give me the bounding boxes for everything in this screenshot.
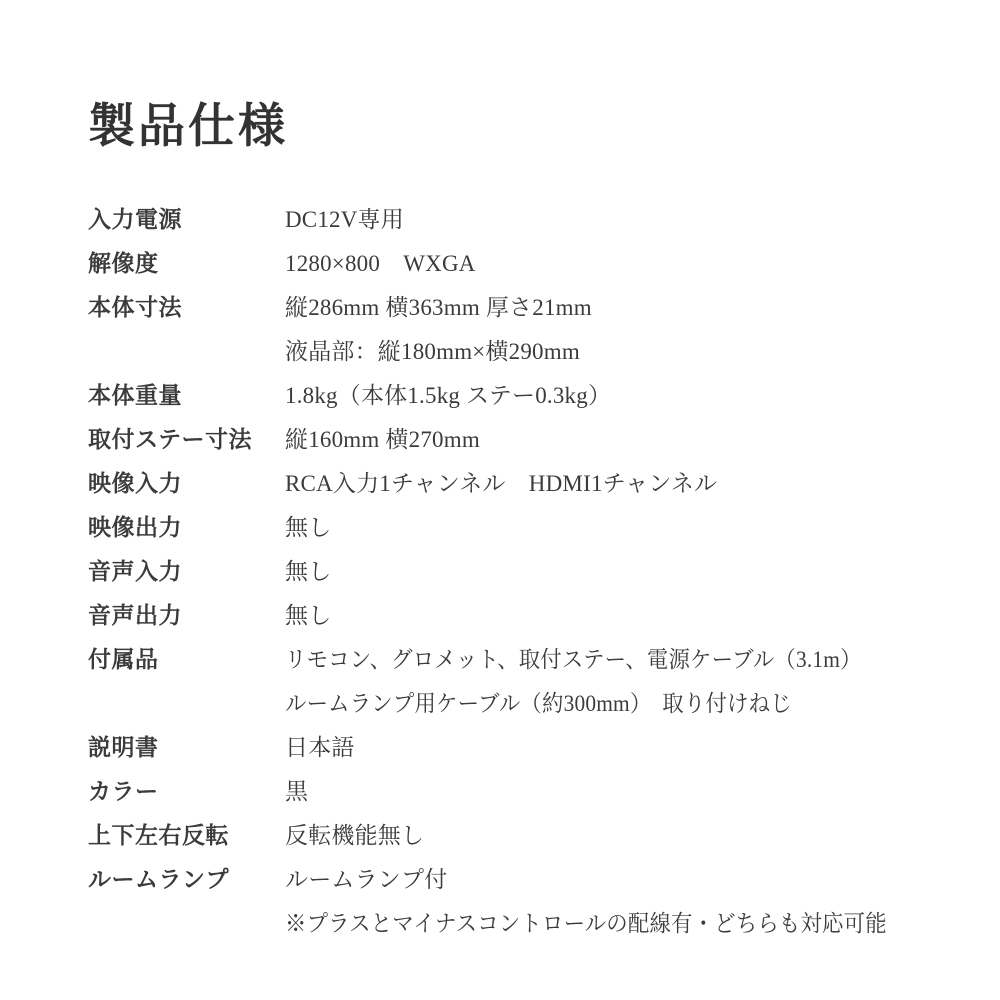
spec-label: 本体重量 [88,374,285,418]
spec-label: 上下左右反転 [88,814,285,858]
page-title: 製品仕様 [88,99,940,155]
spec-label: 解像度 [88,242,285,286]
spec-value: リモコン、グロメット、取付ステー、電源ケーブル（3.1m） [285,638,894,682]
spec-value: 無し [285,594,940,638]
spec-value: 1280×800 WXGA [285,242,940,286]
spec-row-input-power: 入力電源 DC12V専用 [88,198,940,242]
spec-value: 黒 [285,770,940,814]
spec-row-audio-input: 音声入力 無し [88,550,940,594]
spec-label: 本体寸法 [88,286,285,330]
spec-label: 入力電源 [88,198,285,242]
spec-row-body-weight: 本体重量 1.8kg（本体1.5kg ステー0.3kg） [88,374,940,418]
spec-value: ルームランプ用ケーブル（約300mm） 取り付けねじ [285,682,894,726]
spec-label: 音声入力 [88,550,285,594]
spec-value: 無し [285,506,940,550]
spec-value: 液晶部：縦180mm×横290mm [285,330,940,374]
spec-row-manual: 説明書 日本語 [88,726,940,770]
spec-table: 入力電源 DC12V専用 解像度 1280×800 WXGA 本体寸法 縦286… [88,198,940,946]
spec-value: ルームランプ付 [285,858,940,902]
spec-value: 日本語 [285,726,940,770]
spec-label: 取付ステー寸法 [88,418,285,462]
spec-value: 反転機能無し [285,814,940,858]
spec-value-note: ※プラスとマイナスコントロールの配線有・どちらも対応可能 [285,902,894,946]
spec-row-video-input: 映像入力 RCA入力1チャンネル HDMI1チャンネル [88,462,940,506]
spec-label: 付属品 [88,638,285,682]
spec-row-stay-dimensions: 取付ステー寸法 縦160mm 横270mm [88,418,940,462]
spec-row-room-lamp: ルームランプ ルームランプ付 ※プラスとマイナスコントロールの配線有・どちらも対… [88,858,940,946]
spec-label: カラー [88,770,285,814]
spec-value: 無し [285,550,940,594]
spec-row-audio-output: 音声出力 無し [88,594,940,638]
spec-label: 音声出力 [88,594,285,638]
spec-label: 説明書 [88,726,285,770]
spec-row-color: カラー 黒 [88,770,940,814]
spec-label: 映像入力 [88,462,285,506]
spec-value: 1.8kg（本体1.5kg ステー0.3kg） [285,374,940,418]
spec-value: DC12V専用 [285,198,940,242]
spec-row-body-dimensions: 本体寸法 縦286mm 横363mm 厚さ21mm 液晶部：縦180mm×横29… [88,286,940,374]
spec-row-resolution: 解像度 1280×800 WXGA [88,242,940,286]
spec-row-accessories: 付属品 リモコン、グロメット、取付ステー、電源ケーブル（3.1m） ルームランプ… [88,638,940,726]
spec-sheet: 製品仕様 入力電源 DC12V専用 解像度 1280×800 WXGA 本体寸法… [0,0,1000,1000]
spec-value: 縦160mm 横270mm [285,418,940,462]
spec-label: 映像出力 [88,506,285,550]
spec-value: RCA入力1チャンネル HDMI1チャンネル [285,462,940,506]
spec-value: 縦286mm 横363mm 厚さ21mm [285,286,940,330]
spec-label: ルームランプ [88,858,285,902]
spec-row-flip-function: 上下左右反転 反転機能無し [88,814,940,858]
spec-row-video-output: 映像出力 無し [88,506,940,550]
